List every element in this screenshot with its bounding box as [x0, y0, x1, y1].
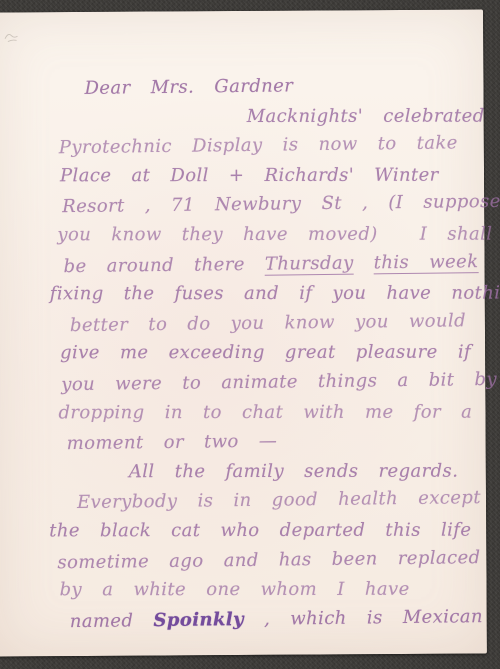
letter-line: give me exceeding great pleasure if: [0, 338, 485, 368]
letter-text-segment: be around there: [63, 253, 265, 276]
letter-text-segment: All the family sends regards.: [129, 460, 459, 482]
letter-text-segment: fixing the fuses and if you have nothing: [50, 283, 500, 305]
letter-body: Dear Mrs. GardnerMacknights' celebratedP…: [0, 71, 487, 636]
letter-line: you know they have moved)I shall: [0, 220, 484, 250]
letter-line: by a white one whom I have: [0, 575, 487, 605]
letter-text-segment: Pyrotechnic Display is now to take: [59, 133, 458, 159]
letter-text-segment: I shall: [420, 224, 493, 245]
letter-text-segment: Thursday: [265, 252, 354, 275]
letter-line: Dear Mrs. Gardner: [0, 69, 484, 105]
letter-text-segment: Dear Mrs. Gardner: [84, 75, 293, 99]
letter-text-segment: Macknights' celebrated: [247, 105, 485, 126]
letter-line: All the family sends regards.: [0, 456, 486, 486]
letter-line: dropping in to chat with me for a: [0, 397, 486, 427]
letter-text-segment: Place at Doll + Richards' Winter: [60, 164, 439, 186]
letter-text-segment: dropping in to chat with me for a: [58, 401, 472, 423]
letter-line: moment or two —: [0, 424, 486, 460]
letter-line: Resort , 71 Newbury St , (I suppose: [0, 187, 484, 223]
letter-text-segment: give me exceeding great pleasure if: [60, 342, 471, 364]
letter-line: Pyrotechnic Display is now to take: [0, 128, 484, 164]
letter-line: Everybody is in good health except: [0, 483, 486, 519]
letter-text-segment: , which is Mexican: [244, 606, 483, 630]
letter-text-segment: [353, 252, 373, 273]
letter-line: fixing the fuses and if you have nothing: [0, 279, 485, 309]
letter-line: sometime ago and has been replaced: [0, 543, 487, 579]
letter-text-segment: Resort , 71 Newbury St , (I suppose: [62, 191, 500, 217]
letter-text-segment: better to do you know you would: [70, 310, 466, 336]
letter-line: the black cat who departed this life: [0, 515, 486, 545]
letter-line: Macknights' celebrated: [0, 101, 484, 131]
letter-line: Place at Doll + Richards' Winter: [0, 160, 484, 190]
letter-line: named Spoinkly , which is Mexican: [0, 602, 487, 638]
letter-line: you were to animate things a bit by: [0, 365, 485, 401]
letter-text-segment: the black cat who departed this life: [49, 519, 471, 541]
letter-scan: Dear Mrs. GardnerMacknights' celebratedP…: [0, 0, 500, 669]
letter-text-segment: you were to animate things a bit by: [61, 369, 497, 395]
letter-text-segment: moment or two —: [67, 431, 278, 455]
letter-text-segment: Everybody is in good health except: [77, 487, 481, 513]
letter-text-segment: you know they have moved): [57, 224, 377, 246]
letter-line: be around there Thursday this week: [0, 247, 485, 283]
letter-line: better to do you know you would: [0, 306, 485, 342]
letter-page: Dear Mrs. GardnerMacknights' celebratedP…: [0, 10, 487, 657]
letter-text-segment: Spoinkly: [153, 609, 244, 631]
letter-text-segment: named: [70, 610, 154, 632]
pencil-mark: [3, 29, 29, 45]
letter-text-segment: this week: [374, 251, 479, 274]
letter-text-segment: sometime ago and has been replaced: [57, 547, 480, 573]
letter-text-segment: by a white one whom I have: [60, 579, 410, 601]
